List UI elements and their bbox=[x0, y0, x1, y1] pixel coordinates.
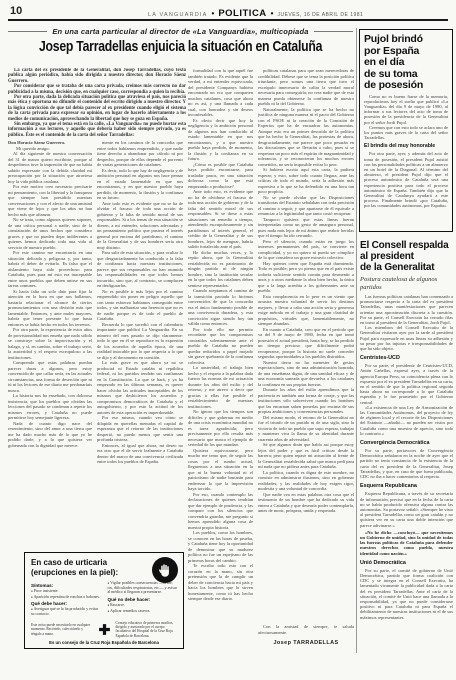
section-body-convergencia: Por su parte, portavoces de Convergència… bbox=[360, 448, 453, 479]
section-title-esquerra: Esquerra Republicana bbox=[360, 483, 453, 489]
kicker-row: En una carta particular al director de «… bbox=[8, 27, 353, 36]
letter-closing: Con la amistad de siempre, te saluda afe… bbox=[258, 624, 354, 635]
pujol-headline: Pujol brindópor Españaen el díade su tom… bbox=[364, 34, 448, 92]
cross-icon bbox=[98, 623, 111, 636]
ad-note-right: Consejo educativo de primeros auxilios, … bbox=[116, 621, 178, 638]
watch-for-list: Vigilar posibles consecuencias —fiebre, … bbox=[108, 581, 178, 595]
pujol-article: Pujol brindópor Españaen el díade su tom… bbox=[359, 29, 453, 232]
what-not-to-do-label: Qué no debe hacer: bbox=[108, 597, 178, 602]
letter-column-4: políticas catalanas para que sean merece… bbox=[258, 68, 354, 620]
masthead: LA VANGUARDIA • POLITICA • JUEVES, 16 DE… bbox=[148, 8, 363, 19]
main-headline: Josep Tarradellas enjuicia la situación … bbox=[8, 38, 353, 64]
hand-icon bbox=[152, 557, 178, 583]
consell-lead: Las fuerzas políticas catalanas han come… bbox=[360, 294, 453, 351]
symptoms-list: Picor insistente.Aparición repentina de … bbox=[31, 589, 101, 599]
ad-bottom-row: Este aviso puede necesitarlo en cualquie… bbox=[31, 621, 177, 638]
pujol-body-1: Como no es bueno fiarse de la memoria, r… bbox=[364, 94, 448, 141]
section-title-convergencia: Convergència Democràtica bbox=[360, 440, 453, 446]
article-intro: La carta del ex presidente de la General… bbox=[8, 68, 186, 138]
ad-column-right: Vigilar posibles consecuencias —fiebre, … bbox=[108, 581, 178, 618]
consell-headline: El Consell respaldaal presidentde la Gen… bbox=[360, 240, 453, 273]
ad-column-left: Síntomas: Picor insistente.Aparición rep… bbox=[31, 581, 101, 618]
consell-subhead: Postura cautelosa de algunos partidos bbox=[360, 276, 453, 291]
section-body-unio: Por su parte, el comité de gobierno de U… bbox=[360, 568, 453, 620]
symptoms-label: Síntomas: bbox=[31, 583, 101, 588]
newspaper-page: 10 LA VANGUARDIA • POLITICA • JUEVES, 16… bbox=[0, 0, 456, 680]
page-number: 10 bbox=[10, 5, 22, 17]
sidebar-divider bbox=[356, 28, 357, 653]
consell-article: El Consell respaldaal presidentde la Gen… bbox=[360, 240, 453, 652]
red-cross-ad: En caso de urticaria (erupciones en la p… bbox=[24, 552, 184, 649]
masthead-brand: LA VANGUARDIA bbox=[148, 12, 208, 18]
esquerra-bold-quote: «No he dicho —concluyó— que necesitemos … bbox=[360, 530, 453, 556]
letter-column-2: mente en los caminos de la concordia que… bbox=[97, 140, 183, 548]
what-to-do-label: Qué debe hacer: bbox=[31, 601, 101, 606]
what-to-do-list: Averiguar qué se lo ha producido y evita… bbox=[31, 607, 101, 616]
masthead-section: POLITICA bbox=[218, 8, 266, 19]
kicker-rule-left bbox=[8, 31, 47, 32]
section-body-esquerra: Esquerra Republicana, a través de su sec… bbox=[360, 491, 453, 527]
ad-footer: Es un consejo de la Cruz Roja Española d… bbox=[31, 640, 177, 645]
letter-column-3: formalidad con la que aquél fue también … bbox=[188, 68, 253, 652]
ad-columns: Síntomas: Picor insistente.Aparición rep… bbox=[31, 581, 177, 618]
letter-signature: Josep TARRADELLAS bbox=[258, 640, 354, 646]
kicker: En una carta particular al director de «… bbox=[52, 27, 308, 36]
section-title-unio: Unió Democràtica bbox=[360, 560, 453, 566]
header-rule bbox=[8, 19, 448, 21]
pujol-body-2: Por otra parte, ayer, y además del acto … bbox=[364, 151, 448, 208]
what-not-to-do-list: Rascarse.Aplicar remedios caseros. bbox=[108, 603, 178, 613]
kicker-rule-right bbox=[314, 31, 353, 32]
letter-column-1: Don Horacio Sáenz Guerrero.Mi querido am… bbox=[8, 140, 92, 548]
masthead-date: JUEVES, 16 DE ABRIL DE 1981 bbox=[277, 12, 363, 18]
pujol-subhead: El brindis del muy honorable bbox=[364, 143, 448, 149]
masthead-bullet-icon: • bbox=[212, 9, 215, 18]
ad-note-left: Este aviso puede necesitarlo en cualquie… bbox=[31, 623, 93, 636]
section-title-centristes-ucd: Centristes-UCD bbox=[360, 355, 453, 361]
section-body-centristes-ucd: Por su parte, el presidente de Centriste… bbox=[360, 363, 453, 436]
ad-title: En caso de urticaria (erupciones en la p… bbox=[31, 558, 141, 577]
masthead-bullet-icon: • bbox=[271, 9, 274, 18]
